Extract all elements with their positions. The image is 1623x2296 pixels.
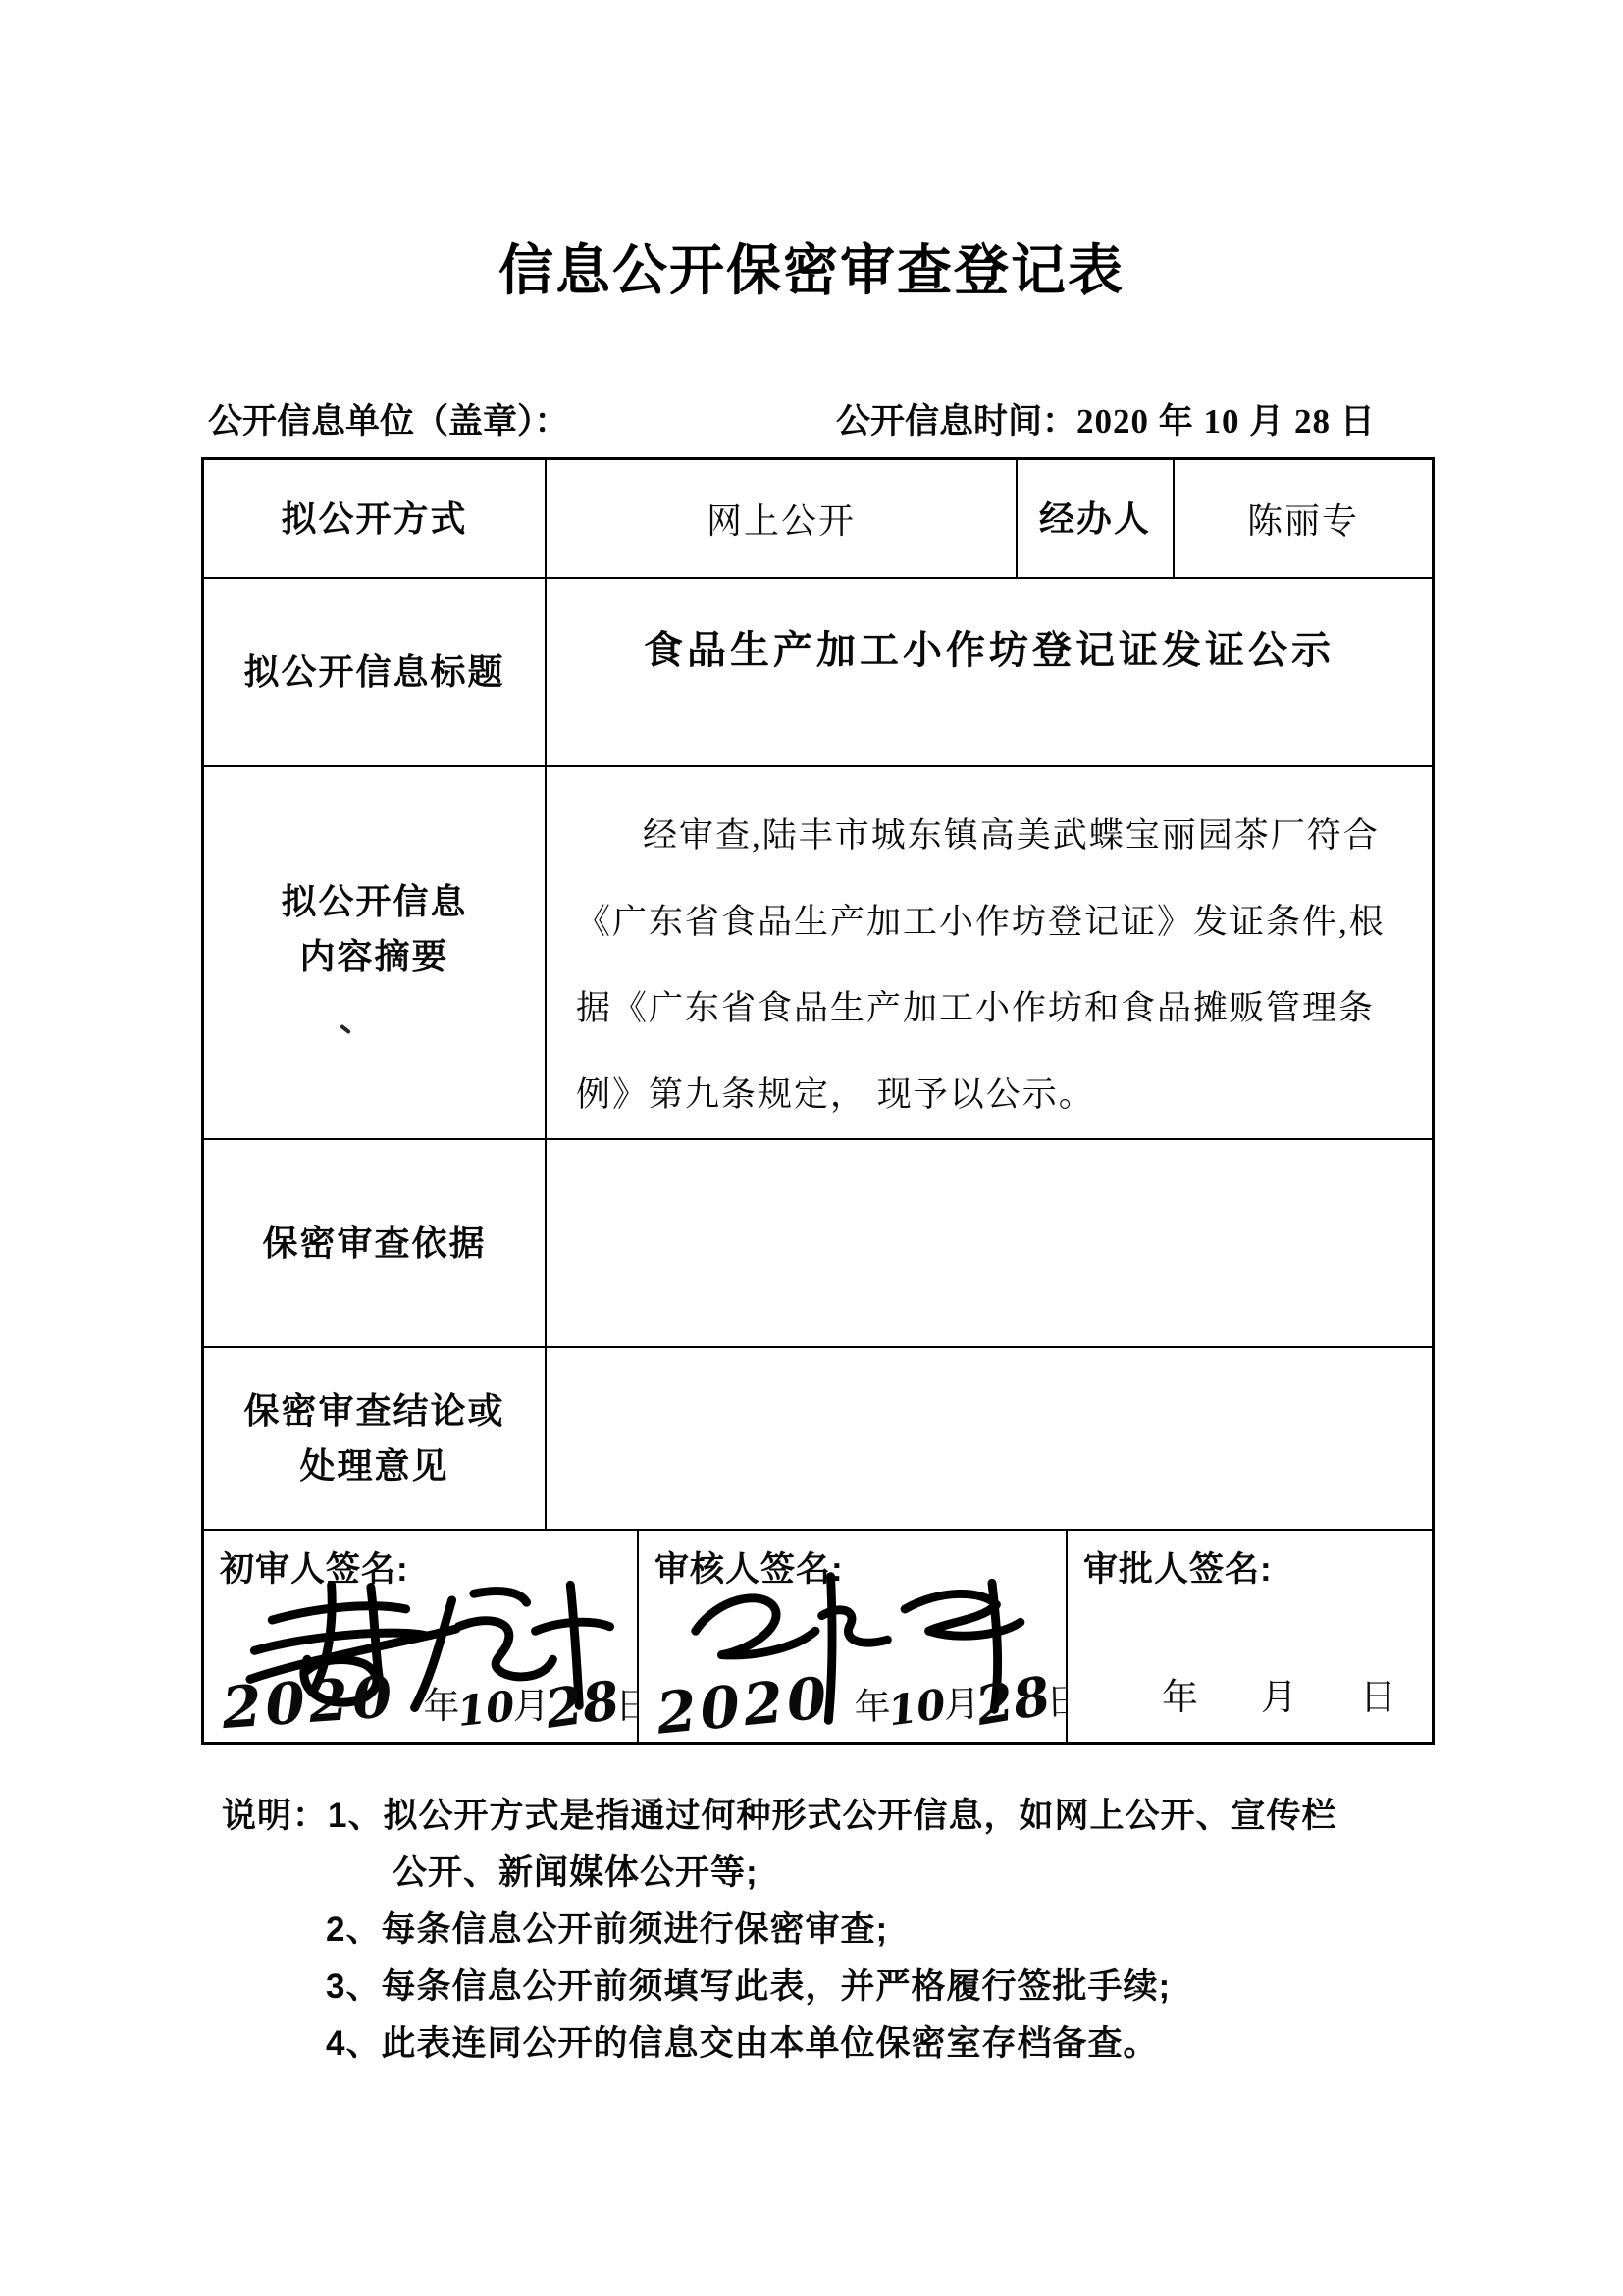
registration-table: 拟公开方式 网上公开 经办人 陈丽专 拟公开信息标题 食品生产加工小作坊登记证发…: [201, 457, 1435, 1745]
row-publish-method: 拟公开方式 网上公开 经办人 陈丽专: [204, 460, 1432, 577]
notes-block: 说明：1、拟公开方式是指通过何种形式公开信息，如网上公开、宣传栏 公开、新闻媒体…: [222, 1788, 1458, 2072]
note-item-4: 4、此表连同公开的信息交由本单位保密室存档备查。: [326, 2015, 1458, 2072]
handwritten-day: 28: [973, 1673, 1054, 1730]
handwritten-month: 10: [886, 1686, 948, 1730]
month-char: 月: [1261, 1667, 1299, 1720]
notes-prefix: 说明：: [222, 1797, 328, 1835]
handler-value: 陈丽专: [1173, 460, 1432, 577]
publish-method-value: 网上公开: [545, 460, 1016, 577]
day-char: 日: [1360, 1667, 1398, 1720]
row-signatures: 初审人签名: 2020 年 10: [204, 1529, 1432, 1742]
summary-line: 经审查,陆丰市城东镇高美武蝶宝丽园茶厂符合: [576, 793, 1410, 879]
row-review-conclusion: 保密审查结论或 处理意见: [204, 1346, 1432, 1529]
summary-content: 经审查,陆丰市城东镇高美武蝶宝丽园茶厂符合 《广东省食品生产加工小作坊登记证》发…: [545, 767, 1432, 1138]
publish-time-value: 2020 年 10 月 28 日: [1076, 402, 1376, 441]
note-item-1: 1、拟公开方式是指通过何种形式公开信息，如网上公开、宣传栏: [328, 1797, 1336, 1835]
scan-stray-mark: [340, 1024, 351, 1035]
scanned-form-page: 信息公开保密审查登记表 公开信息单位（盖章）： 公开信息时间：2020 年 10…: [0, 0, 1623, 2296]
row-summary: 拟公开信息 内容摘要 经审查,陆丰市城东镇高美武蝶宝丽园茶厂符合 《广东省食品生…: [204, 765, 1432, 1138]
header-line: 公开信息单位（盖章）： 公开信息时间：2020 年 10 月 28 日: [0, 394, 1623, 444]
note-line: 说明：1、拟公开方式是指通过何种形式公开信息，如网上公开、宣传栏: [222, 1788, 1458, 1845]
summary-line: 例》第九条规定， 现予以公示。: [576, 1052, 1410, 1138]
first-reviewer-date: 2020 年 10 月 28 日: [222, 1677, 637, 1728]
publish-time-label: 公开信息时间：: [836, 402, 1076, 441]
info-title-value: 食品生产加工小作坊登记证发证公示: [545, 579, 1432, 765]
note-item-3: 3、每条信息公开前须填写此表，并严格履行签批手续;: [326, 1958, 1458, 2015]
handwritten-day: 28: [543, 1678, 622, 1733]
summary-line: 据《广东省食品生产加工小作坊和食品摊贩管理条: [576, 965, 1410, 1052]
approver-cell: 审批人签名: 年 月 日: [1066, 1531, 1432, 1742]
checker-date: 2020 年 10 月 28 日: [655, 1671, 1066, 1734]
publish-method-label: 拟公开方式: [204, 460, 545, 577]
review-conclusion-label: 保密审查结论或 处理意见: [204, 1348, 545, 1529]
review-basis-value-empty: [545, 1140, 1432, 1346]
note-line: 公开、新闻媒体公开等;: [393, 1845, 1458, 1902]
approver-date-placeholder: 年 月 日: [1162, 1667, 1398, 1720]
handwritten-year: 2020: [654, 1672, 833, 1740]
first-reviewer-cell: 初审人签名: 2020 年 10: [204, 1531, 637, 1742]
publish-time: 公开信息时间：2020 年 10 月 28 日: [836, 394, 1376, 444]
note-item-2: 2、每条信息公开前须进行保密审查;: [326, 1902, 1458, 1958]
review-conclusion-value-empty: [545, 1348, 1432, 1529]
handwritten-month: 10: [456, 1688, 517, 1731]
row-info-title: 拟公开信息标题 食品生产加工小作坊登记证发证公示: [204, 577, 1432, 765]
row-review-basis: 保密审查依据: [204, 1138, 1432, 1346]
summary-line: 《广东省食品生产加工小作坊登记证》发证条件,根: [576, 879, 1410, 965]
unit-seal-label: 公开信息单位（盖章）：: [208, 394, 569, 444]
page-title: 信息公开保密审查登记表: [0, 228, 1623, 306]
year-char: 年: [1162, 1667, 1200, 1720]
review-basis-label: 保密审查依据: [204, 1140, 545, 1346]
approver-label: 审批人签名:: [1083, 1542, 1273, 1592]
checker-cell: 审核人签名: 2020 年 10 月 28 日: [637, 1531, 1066, 1742]
info-title-label: 拟公开信息标题: [204, 579, 545, 765]
handler-label: 经办人: [1016, 460, 1173, 577]
summary-label: 拟公开信息 内容摘要: [204, 767, 545, 1138]
handwritten-year: 2020: [220, 1671, 397, 1734]
